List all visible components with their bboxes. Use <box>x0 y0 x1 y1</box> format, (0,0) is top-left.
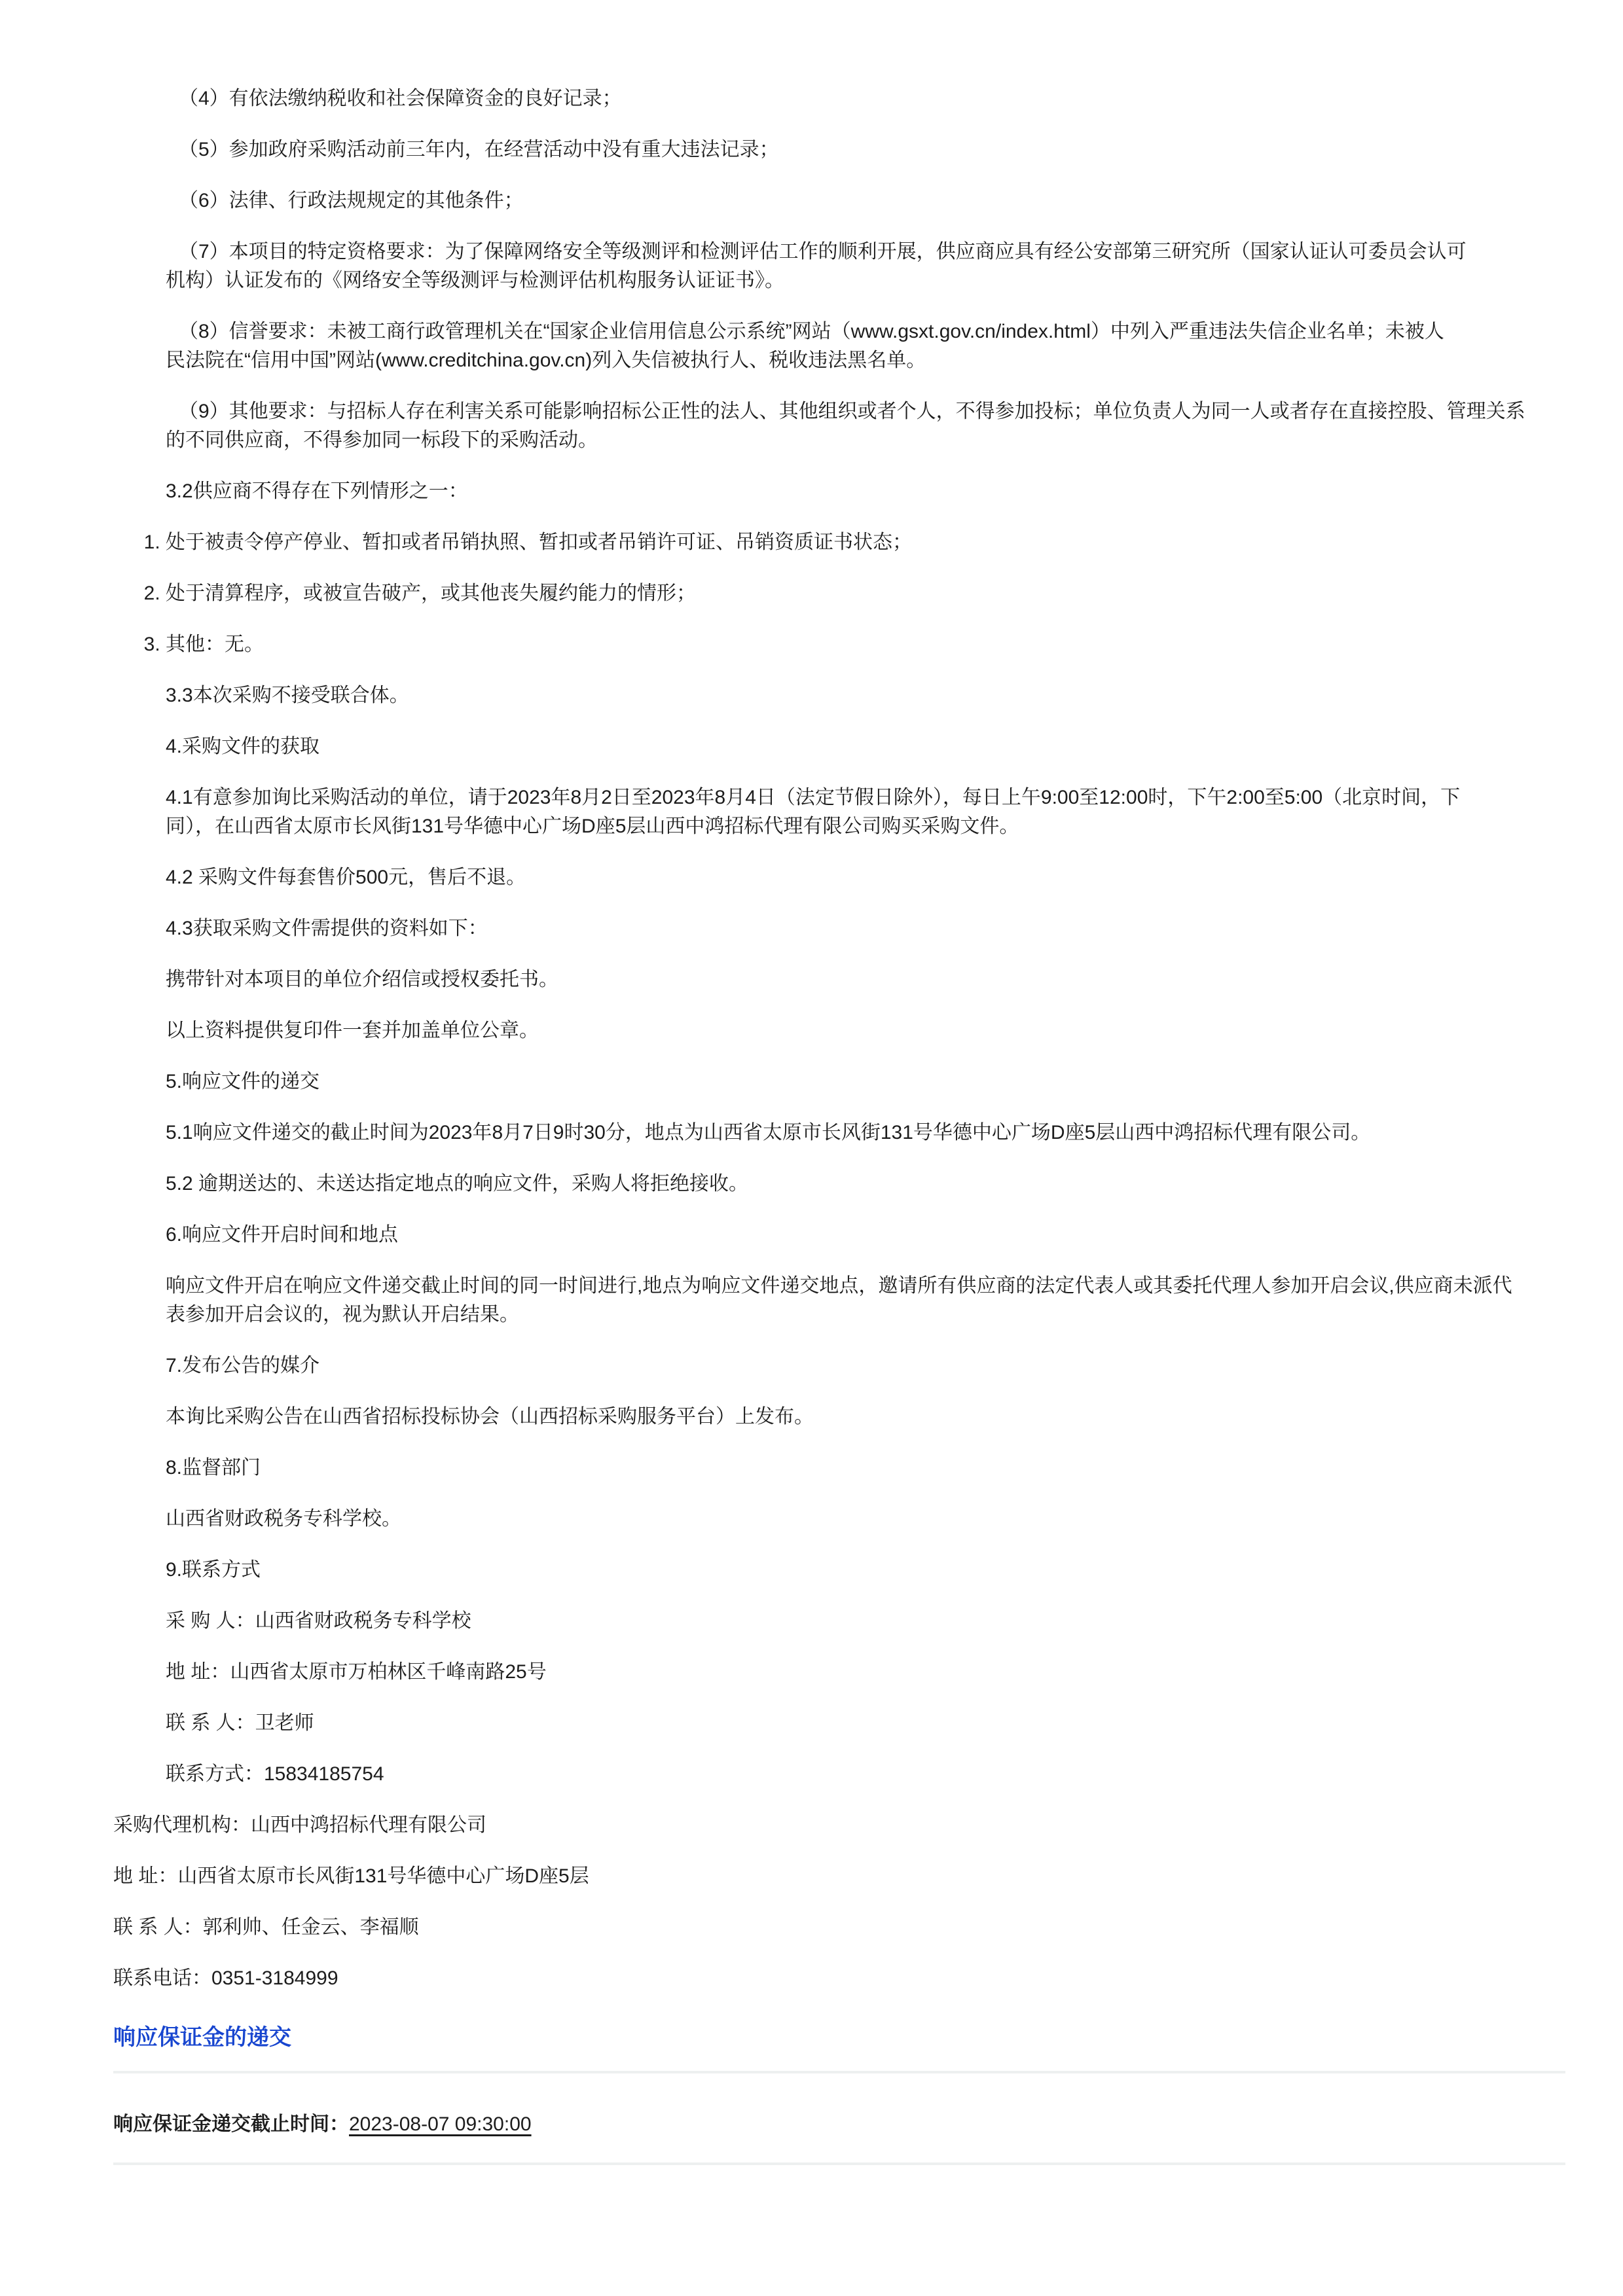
paragraph-line: 的不同供应商，不得参加同一标段下的采购活动。 <box>166 426 1565 455</box>
paragraph: （5）参加政府采购活动前三年内，在经营活动中没有重大违法记录； <box>113 135 1565 164</box>
paragraph: （4）有依法缴纳税收和社会保障资金的良好记录； <box>113 84 1565 113</box>
paragraph: 5.2 逾期送达的、未送达指定地点的响应文件，采购人将拒绝接收。 <box>113 1170 1565 1198</box>
list-item: 其他：无。 <box>166 630 1565 659</box>
paragraph-line: 民法院在“信用中国”网站(www.creditchina.gov.cn)列入失信… <box>166 346 1565 375</box>
divider-top <box>113 2071 1565 2073</box>
paragraph-line: 联系电话：0351-3184999 <box>113 1964 1565 1993</box>
paragraph: 地 址：山西省太原市长风街131号华德中心广场D座5层 <box>113 1862 1565 1891</box>
paragraph-line: 携带针对本项目的单位介绍信或授权委托书。 <box>166 965 1565 994</box>
paragraph-line: 4.采购文件的获取 <box>166 732 1565 761</box>
paragraph: 4.采购文件的获取 <box>113 732 1565 761</box>
paragraph-line: 以上资料提供复印件一套并加盖单位公章。 <box>166 1016 1565 1045</box>
deposit-deadline-value: 2023-08-07 09:30:00 <box>349 2113 532 2135</box>
list-item: 处于被责令停产停业、暂扣或者吊销执照、暂扣或者吊销许可证、吊销资质证书状态； <box>166 528 1565 557</box>
paragraph-line: （7）本项目的特定资格要求：为了保障网络安全等级测评和检测评估工作的顺利开展，供… <box>166 238 1565 266</box>
paragraph: 5.1响应文件递交的截止时间为2023年8月7日9时30分，地点为山西省太原市长… <box>113 1119 1565 1147</box>
paragraph-line: 本询比采购公告在山西省招标投标协会（山西招标采购服务平台）上发布。 <box>166 1403 1565 1431</box>
paragraph: 7.发布公告的媒介 <box>113 1352 1565 1380</box>
supplier-restriction-list: 处于被责令停产停业、暂扣或者吊销执照、暂扣或者吊销许可证、吊销资质证书状态；处于… <box>113 528 1565 659</box>
paragraph: 4.1有意参加询比采购活动的单位，请于2023年8月2日至2023年8月4日（法… <box>113 783 1565 841</box>
paragraph-line: （6）法律、行政法规规定的其他条件； <box>166 187 1565 215</box>
paragraph: 4.3获取采购文件需提供的资料如下： <box>113 914 1565 943</box>
paragraph-line: （8）信誉要求：未被工商行政管理机关在“国家企业信用信息公示系统”网站（www.… <box>166 317 1565 346</box>
paragraph: （6）法律、行政法规规定的其他条件； <box>113 187 1565 215</box>
paragraph: （8）信誉要求：未被工商行政管理机关在“国家企业信用信息公示系统”网站（www.… <box>113 317 1565 375</box>
paragraph: （9）其他要求：与招标人存在利害关系可能影响招标公正性的法人、其他组织或者个人，… <box>113 397 1565 455</box>
paragraph-line: （4）有依法缴纳税收和社会保障资金的良好记录； <box>166 84 1565 113</box>
paragraph: 联系方式：15834185754 <box>113 1760 1565 1789</box>
paragraph: 联系电话：0351-3184999 <box>113 1964 1565 1993</box>
paragraph-line: 7.发布公告的媒介 <box>166 1352 1565 1380</box>
paragraph: 响应文件开启在响应文件递交截止时间的同一时间进行,地点为响应文件递交地点，邀请所… <box>113 1272 1565 1329</box>
deposit-deadline-row: 响应保证金递交截止时间：2023-08-07 09:30:00 <box>113 2110 1565 2139</box>
paragraph-line: 联系方式：15834185754 <box>166 1760 1565 1789</box>
paragraph: 9.联系方式 <box>113 1556 1565 1585</box>
paragraph-line: 响应文件开启在响应文件递交截止时间的同一时间进行,地点为响应文件递交地点，邀请所… <box>166 1272 1565 1300</box>
paragraph-line: 地 址：山西省太原市长风街131号华德中心广场D座5层 <box>113 1862 1565 1891</box>
paragraph-line: 表参加开启会议的，视为默认开启结果。 <box>166 1300 1565 1329</box>
paragraph: 采购代理机构：山西中鸿招标代理有限公司 <box>113 1811 1565 1840</box>
paragraph-line: 采 购 人：山西省财政税务专科学校 <box>166 1607 1565 1636</box>
paragraph: 携带针对本项目的单位介绍信或授权委托书。 <box>113 965 1565 994</box>
paragraph-line: 5.2 逾期送达的、未送达指定地点的响应文件，采购人将拒绝接收。 <box>166 1170 1565 1198</box>
paragraph: 3.3本次采购不接受联合体。 <box>113 681 1565 710</box>
deposit-section-title: 响应保证金的递交 <box>113 2022 1565 2053</box>
paragraph: 6.响应文件开启时间和地点 <box>113 1221 1565 1249</box>
paragraph-line: 采购代理机构：山西中鸿招标代理有限公司 <box>113 1811 1565 1840</box>
paragraph-line: 4.2 采购文件每套售价500元，售后不退。 <box>166 863 1565 892</box>
paragraph-line: 地 址：山西省太原市万柏林区千峰南路25号 <box>166 1658 1565 1687</box>
paragraph-line: 5.响应文件的递交 <box>166 1067 1565 1096</box>
paragraph-line: 联 系 人：卫老师 <box>166 1709 1565 1738</box>
paragraph-line: 同），在山西省太原市长风街131号华德中心广场D座5层山西中鸿招标代理有限公司购… <box>166 812 1565 841</box>
paragraph-line: （9）其他要求：与招标人存在利害关系可能影响招标公正性的法人、其他组织或者个人，… <box>166 397 1565 426</box>
paragraph-line: 4.1有意参加询比采购活动的单位，请于2023年8月2日至2023年8月4日（法… <box>166 783 1565 812</box>
paragraph: 8.监督部门 <box>113 1454 1565 1482</box>
paragraph: （7）本项目的特定资格要求：为了保障网络安全等级测评和检测评估工作的顺利开展，供… <box>113 238 1565 295</box>
paragraph-line: 8.监督部门 <box>166 1454 1565 1482</box>
paragraph: 4.2 采购文件每套售价500元，售后不退。 <box>113 863 1565 892</box>
paragraph: 联 系 人：郭利帅、任金云、李福顺 <box>113 1913 1565 1942</box>
paragraph-line: （5）参加政府采购活动前三年内，在经营活动中没有重大违法记录； <box>166 135 1565 164</box>
paragraph-line: 9.联系方式 <box>166 1556 1565 1585</box>
paragraph-line: 联 系 人：郭利帅、任金云、李福顺 <box>113 1913 1565 1942</box>
notice-content: （4）有依法缴纳税收和社会保障资金的良好记录；（5）参加政府采购活动前三年内，在… <box>0 0 1565 2296</box>
paragraph-line: 机构）认证发布的《网络安全等级测评与检测评估机构服务认证证书》。 <box>166 266 1565 295</box>
paragraph-line: 6.响应文件开启时间和地点 <box>166 1221 1565 1249</box>
deposit-deadline-label: 响应保证金递交截止时间： <box>113 2113 349 2135</box>
paragraph: 联 系 人：卫老师 <box>113 1709 1565 1738</box>
paragraph: 以上资料提供复印件一套并加盖单位公章。 <box>113 1016 1565 1045</box>
paragraph-line: 山西省财政税务专科学校。 <box>166 1505 1565 1534</box>
paragraph-line: 3.2供应商不得存在下列情形之一： <box>166 477 1565 506</box>
paragraph: 采 购 人：山西省财政税务专科学校 <box>113 1607 1565 1636</box>
divider-bottom <box>113 2162 1565 2165</box>
paragraph: 3.2供应商不得存在下列情形之一： <box>113 477 1565 506</box>
list-item: 处于清算程序，或被宣告破产，或其他丧失履约能力的情形； <box>166 579 1565 608</box>
paragraph-line: 4.3获取采购文件需提供的资料如下： <box>166 914 1565 943</box>
paragraph: 5.响应文件的递交 <box>113 1067 1565 1096</box>
paragraph-line: 3.3本次采购不接受联合体。 <box>166 681 1565 710</box>
paragraph: 本询比采购公告在山西省招标投标协会（山西招标采购服务平台）上发布。 <box>113 1403 1565 1431</box>
paragraph-line: 5.1响应文件递交的截止时间为2023年8月7日9时30分，地点为山西省太原市长… <box>166 1119 1565 1147</box>
notice-paragraphs: （4）有依法缴纳税收和社会保障资金的良好记录；（5）参加政府采购活动前三年内，在… <box>113 84 1565 1993</box>
paragraph: 山西省财政税务专科学校。 <box>113 1505 1565 1534</box>
paragraph: 地 址：山西省太原市万柏林区千峰南路25号 <box>113 1658 1565 1687</box>
